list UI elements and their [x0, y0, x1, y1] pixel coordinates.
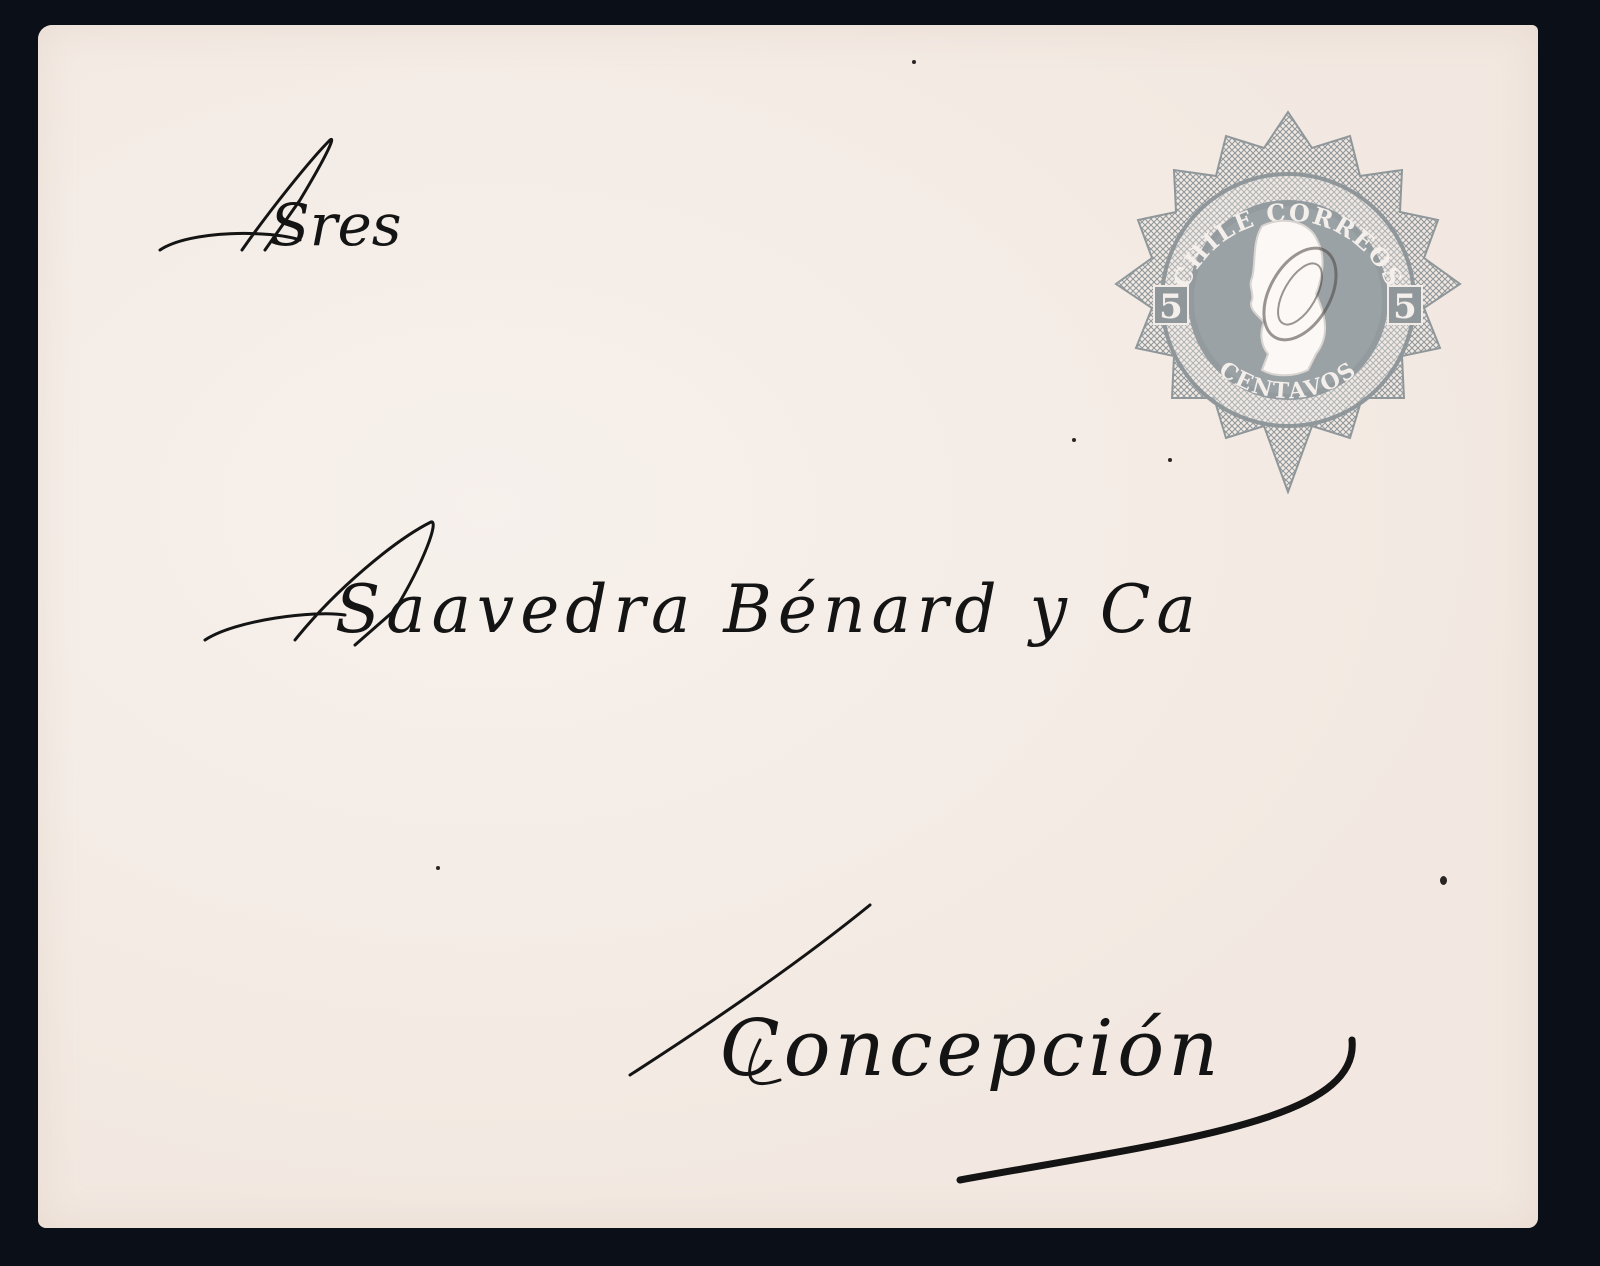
addressee-text: Saavedra Bénard y Ca — [335, 571, 1202, 648]
stamp-value-right: 5 — [1393, 287, 1417, 327]
salutation-handwriting: Sres — [150, 130, 450, 274]
city-handwriting: Concepción — [620, 890, 1380, 1194]
ink-speck — [1072, 438, 1076, 442]
addressee-handwriting: Saavedra Bénard y Ca — [195, 500, 1455, 674]
salutation-text: Sres — [270, 191, 402, 259]
postage-stamp-imprint: 5 5 CHILE CORREOS CENTAVOS — [1112, 108, 1464, 494]
ink-speck — [912, 60, 916, 64]
ink-speck — [1440, 876, 1447, 885]
city-text: Concepción — [720, 1004, 1222, 1094]
ink-speck — [1168, 458, 1172, 462]
ink-speck — [436, 866, 440, 870]
stamp-value-left: 5 — [1159, 287, 1183, 327]
